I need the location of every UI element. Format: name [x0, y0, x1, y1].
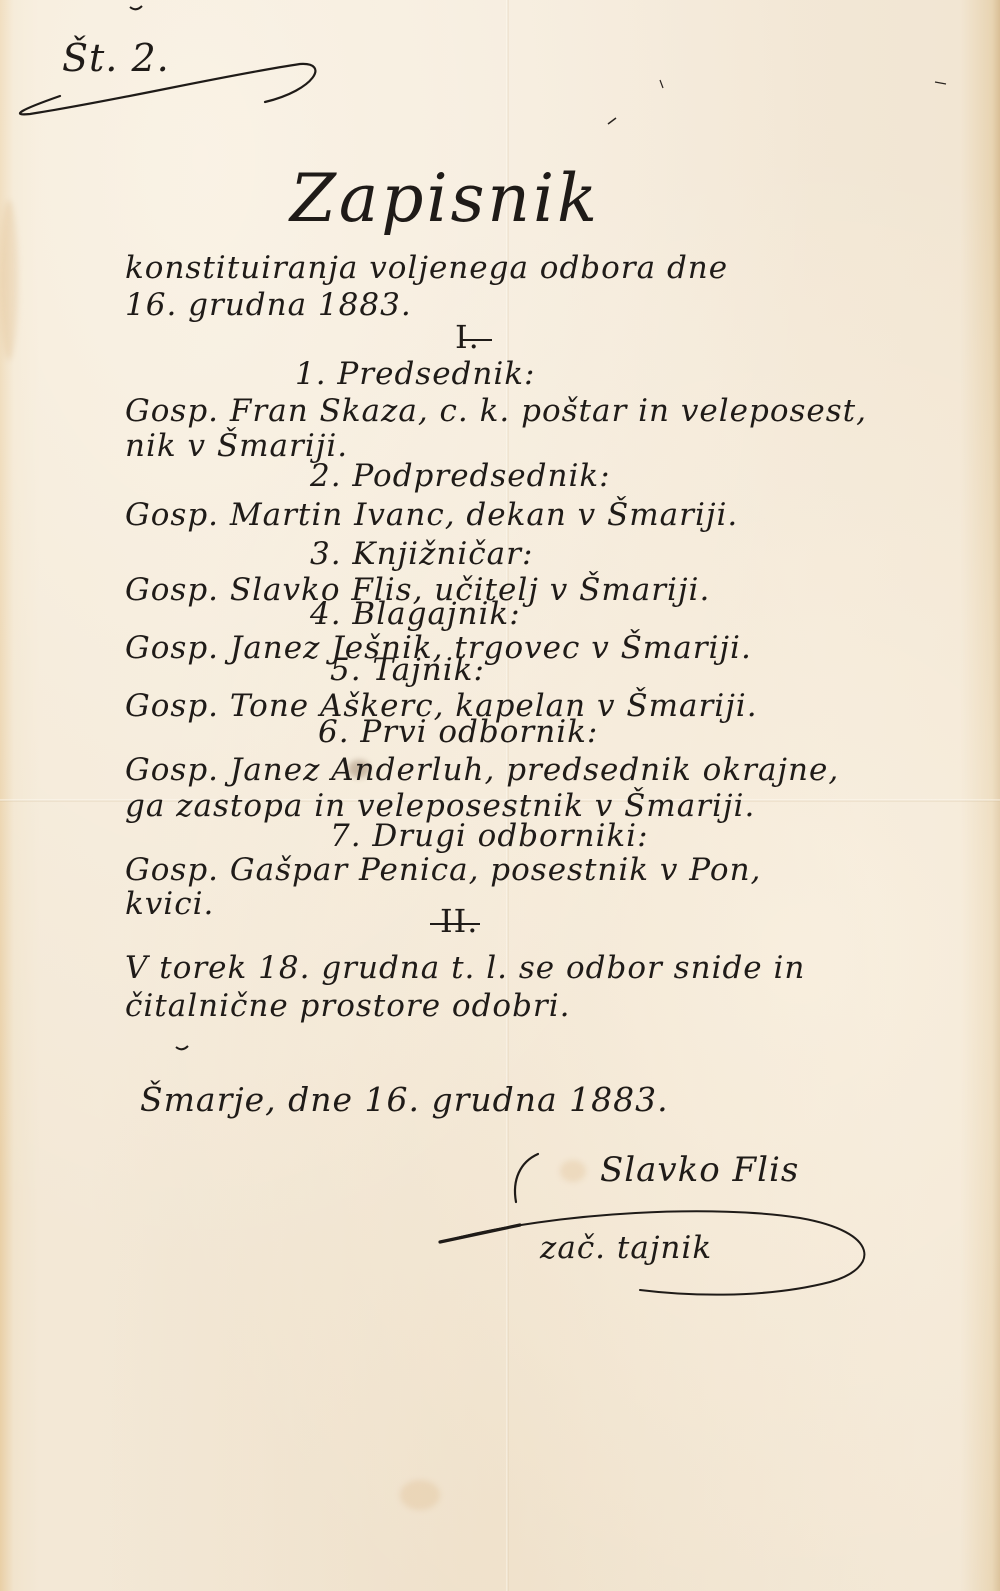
signature-flourish [445, 1211, 864, 1294]
document-number-flourish [20, 64, 315, 114]
document-page: Št. 2. Zapisnik konstituiranja voljenega… [0, 0, 1000, 1591]
pen-flourishes [0, 0, 1000, 1591]
